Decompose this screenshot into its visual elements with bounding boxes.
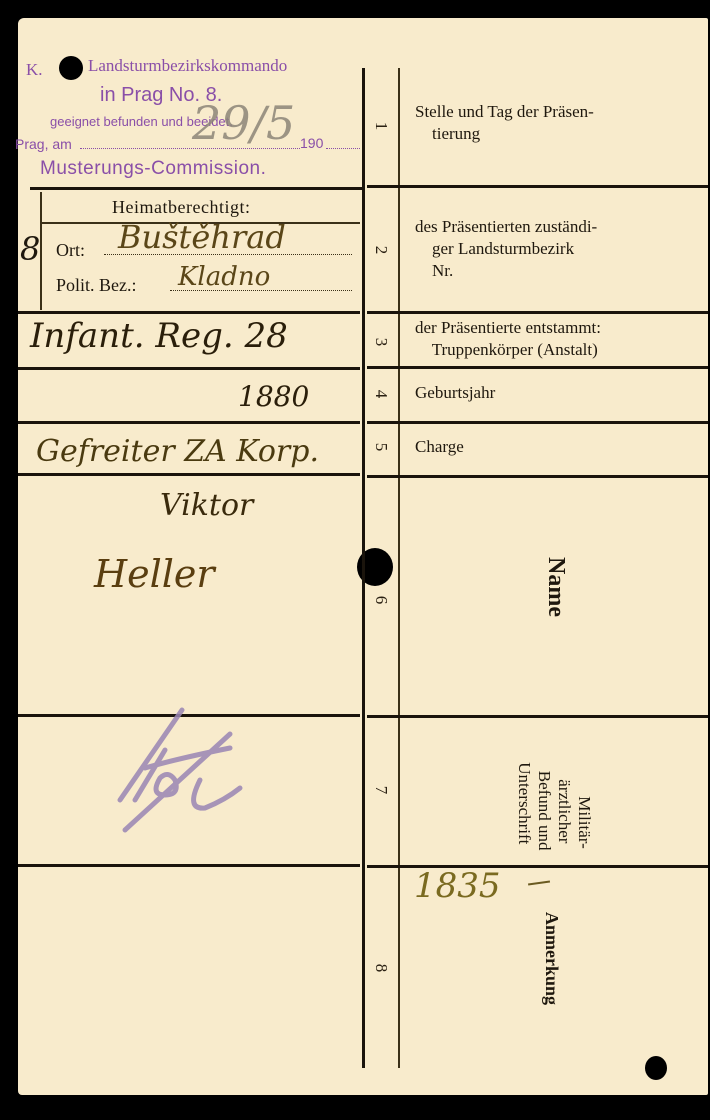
punch-hole-top — [59, 56, 83, 80]
heimat-heading: Heimatberechtigt: — [112, 197, 250, 218]
divider-left-4 — [18, 421, 360, 424]
stamp-prefix: K. — [26, 60, 43, 80]
row-label-2: des Präsentierten zuständi- ger Landstur… — [415, 216, 597, 282]
divider-right-5 — [367, 475, 708, 478]
row-label-1: Stelle und Tag der Präsen- tierung — [415, 101, 594, 145]
row-number-6: 6 — [371, 585, 391, 615]
divider-left-3 — [18, 367, 360, 370]
row-value-6-last: Heller — [94, 552, 215, 596]
row-label-8: Anmerkung — [541, 912, 562, 1005]
row-label-4: Geburtsjahr — [415, 382, 495, 404]
row-number-8: 8 — [371, 953, 391, 983]
divider-right-3 — [367, 366, 708, 369]
stamp-year-line — [326, 148, 360, 149]
row-label-5: Charge — [415, 436, 464, 458]
row-value-4: 1880 — [238, 380, 309, 413]
stamp-line-4: Prag, am — [15, 136, 72, 152]
row-label-6: Name — [545, 557, 566, 617]
row-label-7: Militär- ärztlicher Befund und Unterschr… — [514, 758, 594, 851]
divider-right-2 — [367, 311, 708, 314]
stamp-year: 190 — [300, 135, 323, 151]
stamp-line-5: Musterungs-Commission. — [40, 158, 266, 180]
row-value-5: Gefreiter ZA Korp. — [36, 434, 319, 469]
row-label-3: der Präsentierte entstammt: Truppenkörpe… — [415, 317, 601, 361]
row-number-2: 2 — [371, 235, 391, 265]
ort-label: Ort: — [56, 240, 85, 261]
punch-hole-bottom — [645, 1056, 667, 1080]
stamp-handwritten-date: 29/5 — [192, 96, 295, 150]
divider-right-4 — [367, 421, 708, 424]
row-value-3: Infant. Reg. 28 — [30, 316, 288, 356]
ort-value: Buštěhrad — [118, 218, 286, 256]
divider-left-7 — [18, 864, 360, 867]
row-number-4: 4 — [371, 379, 391, 409]
column-divider-main — [362, 68, 365, 1068]
divider-left-5 — [18, 473, 360, 476]
bez-label: Polit. Bez.: — [56, 275, 137, 296]
row-value-6-first: Viktor — [160, 488, 253, 523]
row-number-5: 5 — [371, 432, 391, 462]
medical-signature — [90, 700, 250, 840]
heimat-margin-mark: 8 — [20, 230, 40, 268]
row-number-7: 7 — [371, 775, 391, 805]
column-divider-number — [398, 68, 400, 1068]
bez-value: Kladno — [178, 262, 270, 292]
row-number-1: 1 — [371, 111, 391, 141]
stamp-line-1: Landsturmbezirkskommando — [88, 56, 287, 76]
divider-left-1 — [30, 187, 362, 190]
divider-right-1 — [367, 185, 708, 188]
row-number-3: 3 — [371, 327, 391, 357]
divider-left-2 — [18, 311, 360, 314]
row-value-8: 1835 — [414, 866, 501, 906]
divider-right-6 — [367, 715, 708, 718]
